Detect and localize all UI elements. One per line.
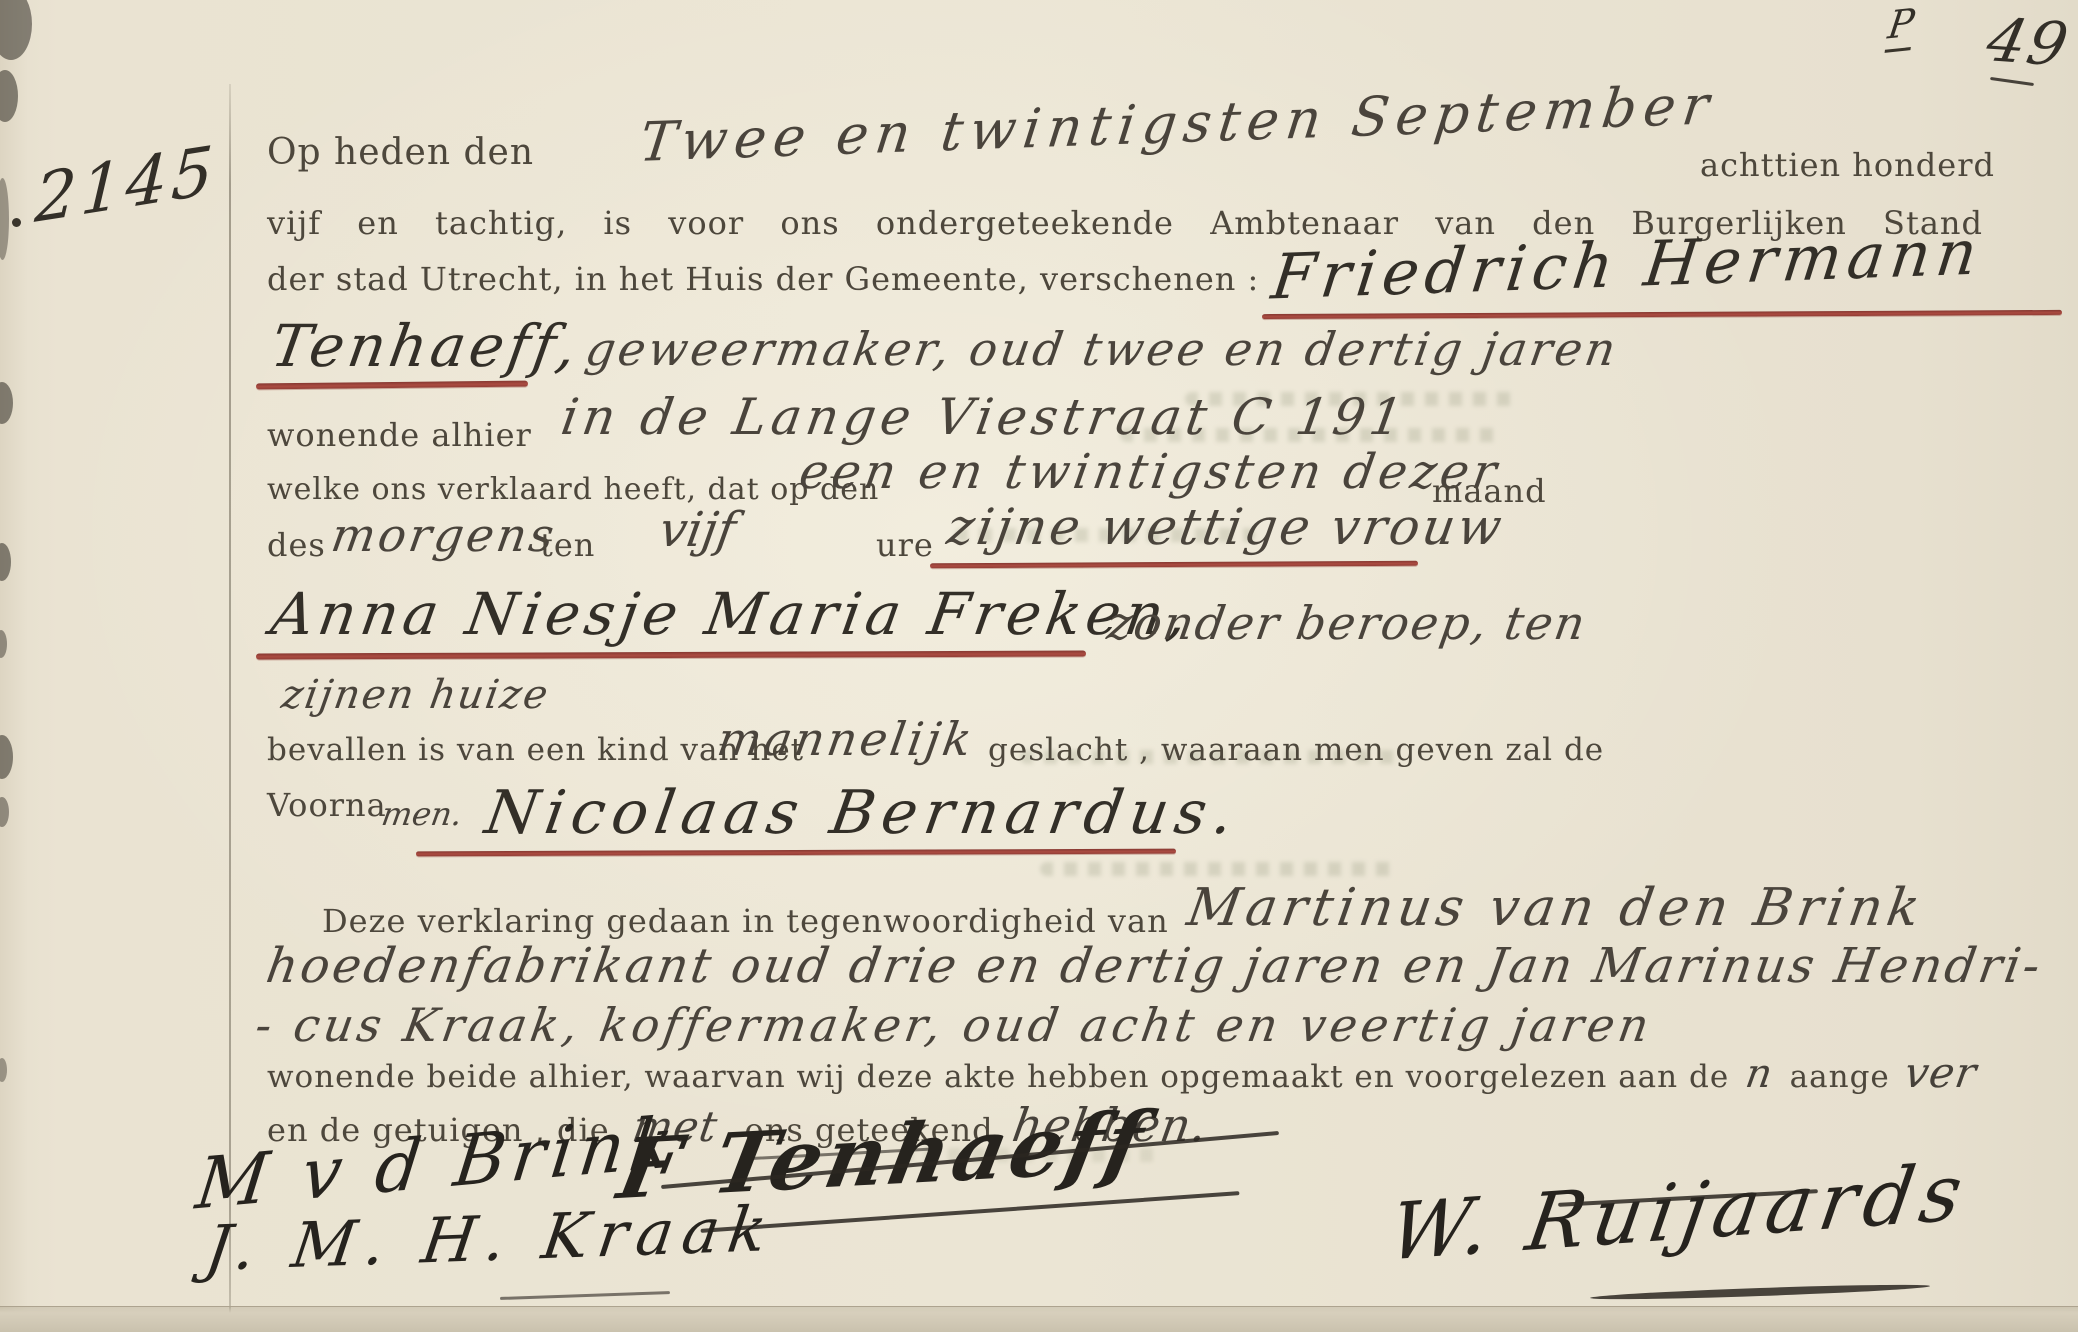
handwritten-child-names: Nicolaas Bernardus.: [486, 778, 1239, 848]
handwritten-zijnen-huize: zijnen huize: [282, 672, 549, 718]
printed-op-heden-den: Op heden den: [267, 132, 534, 173]
printed-waaraan: geslacht , waaraan men geven zal de: [988, 732, 1604, 768]
bleedthrough-mark: [1040, 862, 1400, 876]
handwritten-occupation-age: geweermaker, oud twee en dertig jaren: [586, 322, 1618, 376]
handwritten-wettige-vrouw: zijne wettige vrouw: [948, 498, 1504, 556]
printed-verklaard-heeft: welke ons verklaard heeft, dat op den: [267, 472, 879, 507]
printed-achttien-honderd: achttien honderd: [1700, 146, 1995, 184]
handwritten-hour: vijf: [660, 502, 735, 558]
handwritten-n: n: [1742, 1051, 1776, 1097]
printed-aange: aange: [1790, 1059, 1890, 1095]
handwritten-witness1-name: Martinus van den Brink: [1188, 878, 1924, 938]
page-bottom-edge: [0, 1306, 2078, 1332]
handwritten-birthday: een en twintigsten dezer: [800, 444, 1500, 500]
page-number: 49: [1981, 6, 2076, 81]
handwritten-address: in de Lange Viestraat C 191: [562, 388, 1407, 446]
printed-deze-verklaring: Deze verklaring gedaan in tegenwoordighe…: [322, 902, 1169, 940]
printed-line-utrecht: der stad Utrecht, in het Huis der Gemeen…: [267, 260, 1259, 298]
printed-wonende-beide: wonende beide alhier, waarvan wij deze a…: [267, 1059, 1729, 1095]
handwritten-declarant-surname: Tenhaeff,: [272, 312, 579, 380]
handwritten-mother-name: Anna Niesje Maria Freken,: [272, 580, 1192, 648]
handwritten-witness-details-1: hoedenfabrikant oud drie en dertig jaren…: [267, 938, 2042, 994]
handwritten-morgens: morgens: [332, 508, 556, 562]
printed-voorna: Voorna: [267, 786, 387, 824]
printed-wonende-alhier: wonende alhier: [267, 416, 532, 454]
ink-dot: [12, 218, 21, 227]
printed-des: des: [267, 526, 326, 564]
printed-ure: ure: [876, 526, 934, 564]
line-wonende-beide: wonende beide alhier, waarvan wij deze a…: [267, 1048, 1976, 1097]
handwritten-ver: ver: [1901, 1048, 1980, 1097]
handwritten-witness-details-2: - cus Kraak, koffermaker, oud acht en ve…: [256, 998, 1652, 1052]
printed-ten: ten: [540, 526, 595, 564]
handwritten-geslacht: mannelijk: [718, 712, 974, 766]
handwritten-men: men.: [382, 795, 462, 833]
handwritten-zonder-beroep: zonder beroep, ten: [1108, 596, 1586, 650]
